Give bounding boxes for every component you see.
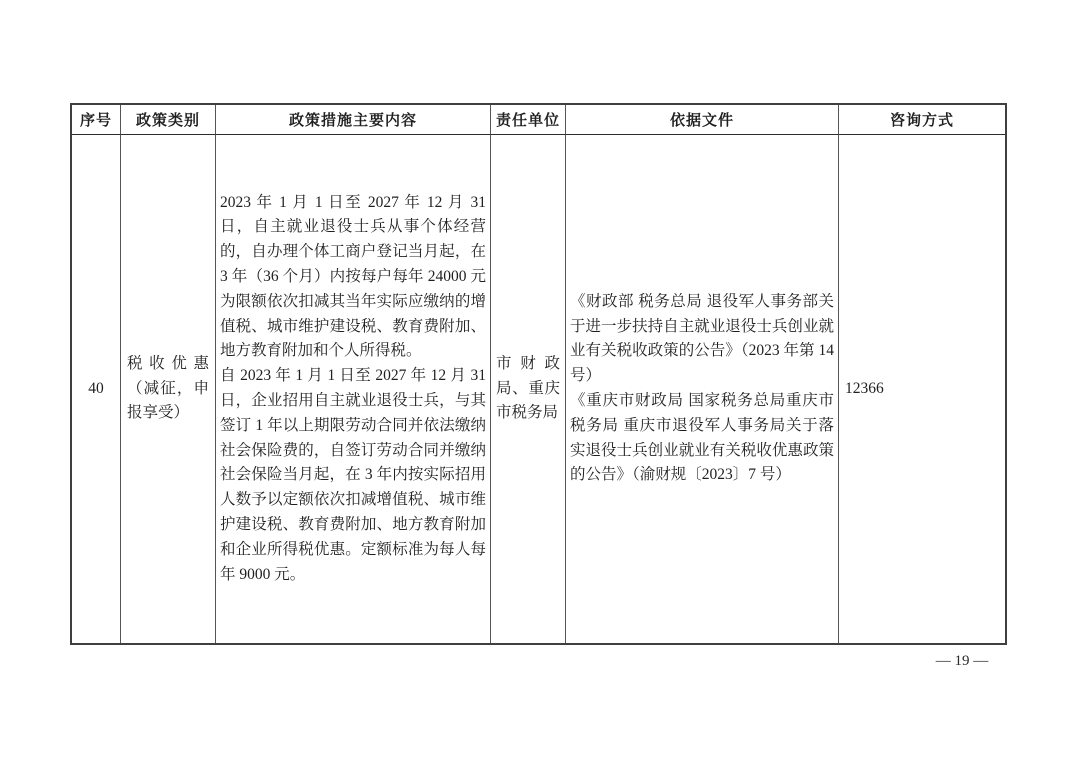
column-header-consultation: 咨询方式 <box>839 105 1005 135</box>
basis-document-1: 《财政部 税务总局 退役军人事务部关于进一步扶持自主就业退役士兵创业就业有关税收… <box>570 290 834 389</box>
serial-number-value: 40 <box>88 380 104 398</box>
consultation-hotline-value: 12366 <box>845 380 1005 398</box>
policy-content-paragraph-2: 自 2023 年 1 月 1 日至 2027 年 12 月 31 日，企业招用自… <box>220 364 486 587</box>
table-row-policy-category: 税收优惠（减征，申报享受） <box>121 135 216 643</box>
table-row-policy-content: 2023 年 1 月 1 日至 2027 年 12 月 31 日，自主就业退役士… <box>216 135 491 643</box>
table-row-responsible-unit: 市财政局、重庆市税务局 <box>491 135 566 643</box>
table-row-serial-number: 40 <box>72 135 121 643</box>
document-page: 序号 政策类别 政策措施主要内容 责任单位 依据文件 咨询方式 40 税收优惠（… <box>0 0 1074 757</box>
table-row-consultation-method: 12366 <box>839 135 1005 643</box>
column-header-responsible-unit: 责任单位 <box>491 105 566 135</box>
policy-table: 序号 政策类别 政策措施主要内容 责任单位 依据文件 咨询方式 40 税收优惠（… <box>70 103 1007 645</box>
column-header-content: 政策措施主要内容 <box>216 105 491 135</box>
policy-content-paragraph-1: 2023 年 1 月 1 日至 2027 年 12 月 31 日，自主就业退役士… <box>220 191 486 365</box>
responsible-unit-value: 市财政局、重庆市税务局 <box>496 352 560 426</box>
table-row-basis-documents: 《财政部 税务总局 退役军人事务部关于进一步扶持自主就业退役士兵创业就业有关税收… <box>566 135 839 643</box>
policy-category-value: 税收优惠（减征，申报享受） <box>127 352 209 426</box>
column-header-basis-documents: 依据文件 <box>566 105 839 135</box>
column-header-category: 政策类别 <box>121 105 216 135</box>
page-number: — 19 — <box>926 653 998 670</box>
column-header-serial: 序号 <box>72 105 121 135</box>
basis-document-2: 《重庆市财政局 国家税务总局重庆市税务局 重庆市退役军人事务局关于落实退役士兵创… <box>570 389 834 488</box>
